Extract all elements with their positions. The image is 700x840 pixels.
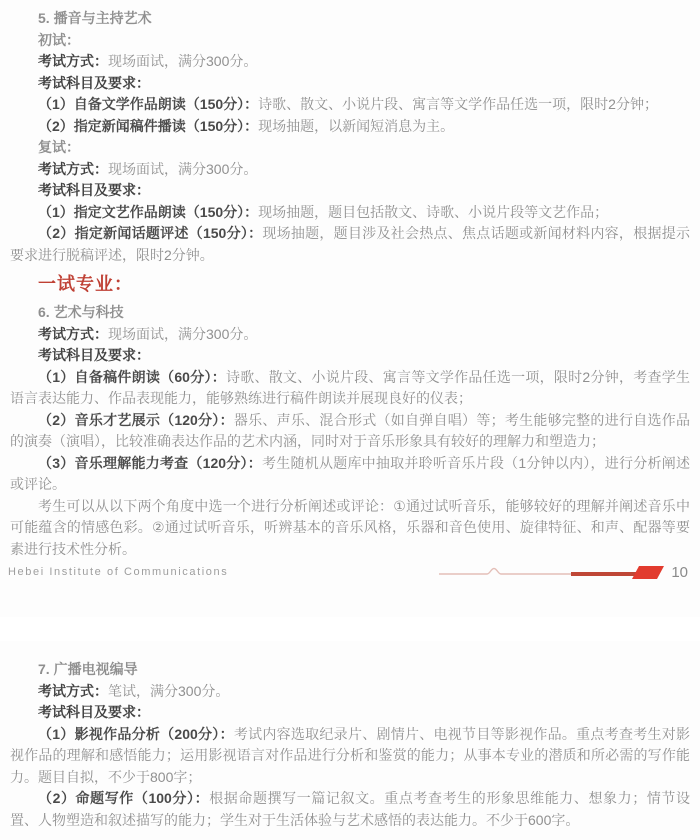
document-page-10: 5. 播音与主持艺术 初试： 考试方式：现场面试，满分300分。 考试科目及要求… [0,0,700,617]
page-10-content: 5. 播音与主持艺术 初试： 考试方式：现场面试，满分300分。 考试科目及要求… [0,0,700,560]
exam-item-head: （2）指定新闻稿件播读（150分）： [38,118,258,134]
exam-item: （1）指定文艺作品朗读（150分）：现场抽题，题目包括散文、诗歌、小说片段等文艺… [10,202,690,224]
exam-item: （2）指定新闻稿件播读（150分）：现场抽题，以新闻短消息为主。 [10,116,690,138]
section-5-title: 5. 播音与主持艺术 [10,8,690,30]
page-11-content: 7. 广播电视编导 考试方式：笔试，满分300分。 考试科目及要求： （1）影视… [0,659,700,831]
analysis-note-paragraph: 考生可以从以下两个角度中选一个进行分析阐述或评论：①通过试听音乐，能够较好的理解… [10,496,690,561]
exam-method-line: 考试方式：现场面试，满分300分。 [10,51,690,73]
exam-item-head: （1）自备文学作品朗读（150分）： [38,96,258,112]
exam-method-value: 笔试，满分300分。 [108,683,229,699]
exam-method-label: 考试方式： [38,53,108,69]
exam-method-label: 考试方式： [38,326,108,342]
exam-method-line: 考试方式：现场面试，满分300分。 [10,324,690,346]
institute-name: Hebei Institute of Communications [8,566,228,578]
exam-item: （2）命题写作（100分）：根据命题撰写一篇记叙文。重点考查考生的形象思维能力、… [10,788,690,831]
exam-item-head: （2）音乐才艺展示（120分）： [38,412,234,428]
exam-subjects-label: 考试科目及要求： [38,182,150,198]
page-footer: Hebei Institute of Communications 10 [8,560,688,584]
exam-item: （1）自备稿件朗读（60分）：诗歌、散文、小说片段、寓言等文学作品任选一项，限时… [10,367,690,410]
footer-rule-decoration: 10 [437,562,688,582]
footer-rule-icon [437,562,665,582]
second-round-label: 复试： [10,137,690,159]
exam-item-head: （3）音乐理解能力考查（120分）： [38,455,262,471]
exam-item-desc: 现场抽题，题目包括散文、诗歌、小说片段等文艺作品； [258,204,608,220]
exam-method-value: 现场面试，满分300分。 [108,326,257,342]
exam-item: （2）音乐才艺展示（120分）：器乐、声乐、混合形式（如自弹自唱）等；考生能够完… [10,410,690,453]
exam-subjects-line: 考试科目及要求： [10,702,690,724]
exam-item-head: （2）指定新闻话题评述（150分）： [38,225,262,241]
section-6-title: 6. 艺术与科技 [10,302,690,324]
exam-method-label: 考试方式： [38,161,108,177]
section-7-title: 7. 广播电视编导 [10,659,690,681]
exam-item-head: （2）命题写作（100分）： [38,790,209,806]
exam-subjects-label: 考试科目及要求： [38,75,150,91]
exam-item: （2）指定新闻话题评述（150分）：现场抽题，题目涉及社会热点、焦点话题或新闻材… [10,223,690,266]
exam-item-desc: 诗歌、散文、小说片段、寓言等文学作品任选一项，限时2分钟； [258,96,658,112]
first-round-label: 初试： [10,30,690,52]
exam-method-value: 现场面试，满分300分。 [108,53,257,69]
exam-item-head: （1）指定文艺作品朗读（150分）： [38,204,258,220]
exam-subjects-line: 考试科目及要求： [10,345,690,367]
exam-subjects-line: 考试科目及要求： [10,180,690,202]
page-number: 10 [671,564,688,581]
first-exam-majors-heading: 一试专业： [10,272,690,296]
exam-method-line: 考试方式：现场面试，满分300分。 [10,159,690,181]
exam-method-line: 考试方式：笔试，满分300分。 [10,681,690,703]
page-marker-icon [632,566,664,579]
exam-subjects-label: 考试科目及要求： [38,347,150,363]
page-break-gap [0,617,700,641]
exam-subjects-label: 考试科目及要求： [38,704,150,720]
exam-item-head: （1）影视作品分析（200分）： [38,726,234,742]
exam-subjects-line: 考试科目及要求： [10,73,690,95]
exam-item: （1）自备文学作品朗读（150分）：诗歌、散文、小说片段、寓言等文学作品任选一项… [10,94,690,116]
exam-item: （3）音乐理解能力考查（120分）：考生随机从题库中抽取并聆听音乐片段（1分钟以… [10,453,690,496]
exam-item-desc: 现场抽题，以新闻短消息为主。 [258,118,454,134]
exam-method-label: 考试方式： [38,683,108,699]
exam-item: （1）影视作品分析（200分）：考试内容选取纪录片、剧情片、电视节目等影视作品。… [10,724,690,789]
exam-item-head: （1）自备稿件朗读（60分）： [38,369,226,385]
document-page-11-top: 7. 广播电视编导 考试方式：笔试，满分300分。 考试科目及要求： （1）影视… [0,641,700,840]
exam-method-value: 现场面试，满分300分。 [108,161,257,177]
